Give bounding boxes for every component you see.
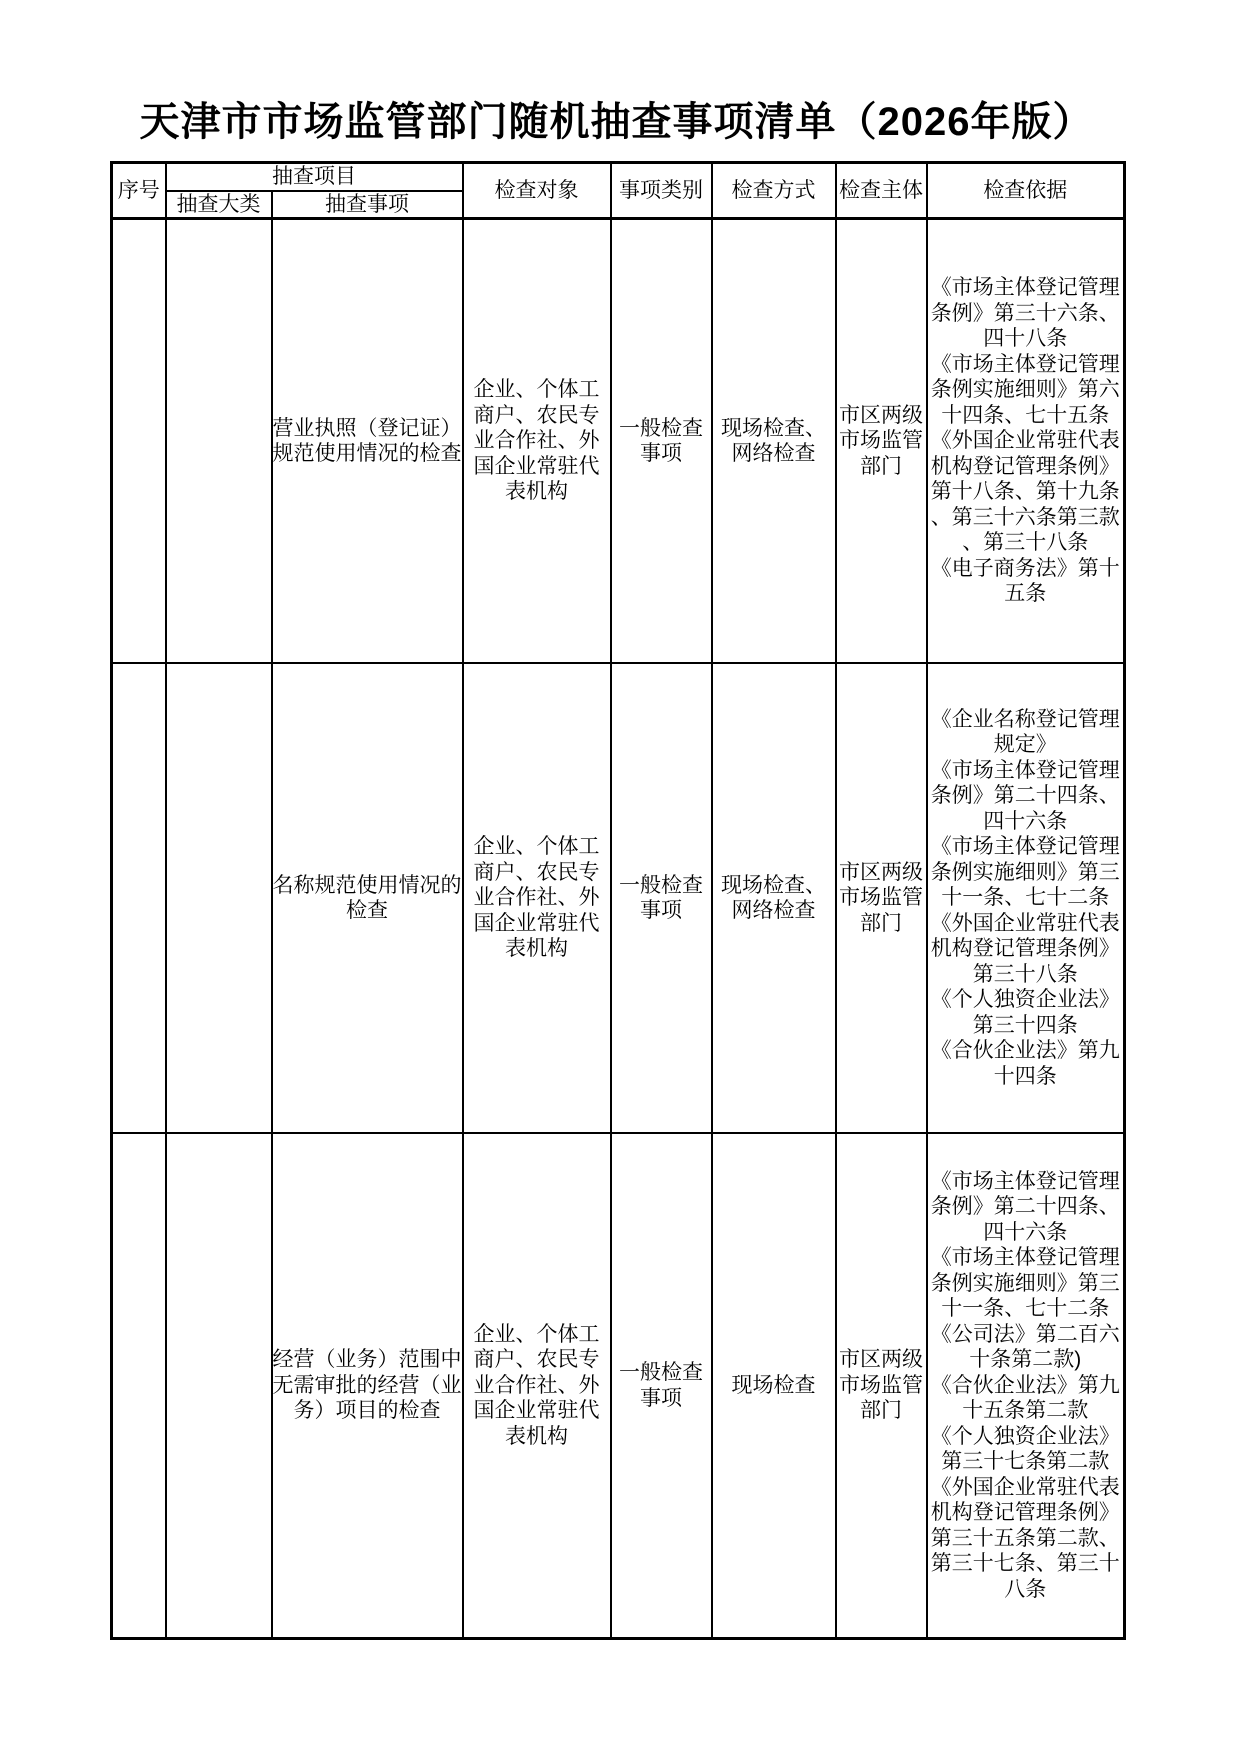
document-page: 天津市市场监管部门随机抽查事项清单（2026年版） 序号 抽查项目 检查对象 事… [0,0,1240,1754]
table-row: 营业执照（登记证）规范使用情况的检查 企业、个体工商户、农民专业合作社、外国企业… [112,219,1125,664]
cell-item-type: 一般检查事项 [611,219,712,664]
cell-subject: 市区两级市场监管部门 [836,1133,927,1639]
header-cell-project-group: 抽查项目 [166,163,463,191]
header-cell-index: 序号 [112,163,166,219]
inspection-items-table: 序号 抽查项目 检查对象 事项类别 检查方式 检查主体 检查依据 抽查大类 抽查… [110,161,1126,1640]
cell-index [112,219,166,664]
table-body: 营业执照（登记证）规范使用情况的检查 企业、个体工商户、农民专业合作社、外国企业… [112,219,1125,1639]
header-row-top: 序号 抽查项目 检查对象 事项类别 检查方式 检查主体 检查依据 [112,163,1125,191]
table-header: 序号 抽查项目 检查对象 事项类别 检查方式 检查主体 检查依据 抽查大类 抽查… [112,163,1125,219]
basis-clip-area: 《市场主体登记管理条例》第二十四条、四十六条 《市场主体登记管理条例实施细则》第… [928,1160,1124,1612]
cell-index [112,663,166,1133]
cell-basis: 《企业名称登记管理规定》 《市场主体登记管理条例》第二十四条、四十六条 《市场主… [927,663,1125,1133]
cell-basis: 《市场主体登记管理条例》第三十六条、四十八条 《市场主体登记管理条例实施细则》第… [927,219,1125,664]
cell-item: 经营（业务）范围中无需审批的经营（业务）项目的检查 [272,1133,463,1639]
basis-clip-area: 《企业名称登记管理规定》 《市场主体登记管理条例》第二十四条、四十六条 《市场主… [928,690,1124,1107]
header-cell-basis: 检查依据 [927,163,1125,219]
cell-category [166,219,272,664]
header-cell-category: 抽查大类 [166,191,272,219]
header-cell-method: 检查方式 [712,163,836,219]
document-title: 天津市市场监管部门随机抽查事项清单（2026年版） [110,90,1123,147]
cell-category [166,1133,272,1639]
cell-method: 现场检查 [712,1133,836,1639]
basis-text: 《市场主体登记管理条例》第三十六条、四十八条 《市场主体登记管理条例实施细则》第… [928,275,1124,607]
cell-category [166,663,272,1133]
cell-method: 现场检查、网络检查 [712,663,836,1133]
cell-item: 名称规范使用情况的检查 [272,663,463,1133]
basis-text: 《市场主体登记管理条例》第二十四条、四十六条 《市场主体登记管理条例实施细则》第… [928,1169,1124,1603]
cell-method: 现场检查、网络检查 [712,219,836,664]
cell-target: 企业、个体工商户、农民专业合作社、外国企业常驻代表机构 [463,663,611,1133]
cell-subject: 市区两级市场监管部门 [836,663,927,1133]
cell-item: 营业执照（登记证）规范使用情况的检查 [272,219,463,664]
cell-item-type: 一般检查事项 [611,1133,712,1639]
cell-subject: 市区两级市场监管部门 [836,219,927,664]
table-row: 名称规范使用情况的检查 企业、个体工商户、农民专业合作社、外国企业常驻代表机构 … [112,663,1125,1133]
table-row: 经营（业务）范围中无需审批的经营（业务）项目的检查 企业、个体工商户、农民专业合… [112,1133,1125,1639]
basis-clip-area: 《市场主体登记管理条例》第三十六条、四十八条 《市场主体登记管理条例实施细则》第… [928,246,1124,637]
header-cell-target: 检查对象 [463,163,611,219]
basis-text: 《企业名称登记管理规定》 《市场主体登记管理条例》第二十四条、四十六条 《市场主… [928,707,1124,1090]
cell-basis: 《市场主体登记管理条例》第二十四条、四十六条 《市场主体登记管理条例实施细则》第… [927,1133,1125,1639]
cell-target: 企业、个体工商户、农民专业合作社、外国企业常驻代表机构 [463,219,611,664]
header-cell-item-type: 事项类别 [611,163,712,219]
cell-index [112,1133,166,1639]
cell-item-type: 一般检查事项 [611,663,712,1133]
cell-target: 企业、个体工商户、农民专业合作社、外国企业常驻代表机构 [463,1133,611,1639]
header-cell-item: 抽查事项 [272,191,463,219]
header-cell-subject: 检查主体 [836,163,927,219]
